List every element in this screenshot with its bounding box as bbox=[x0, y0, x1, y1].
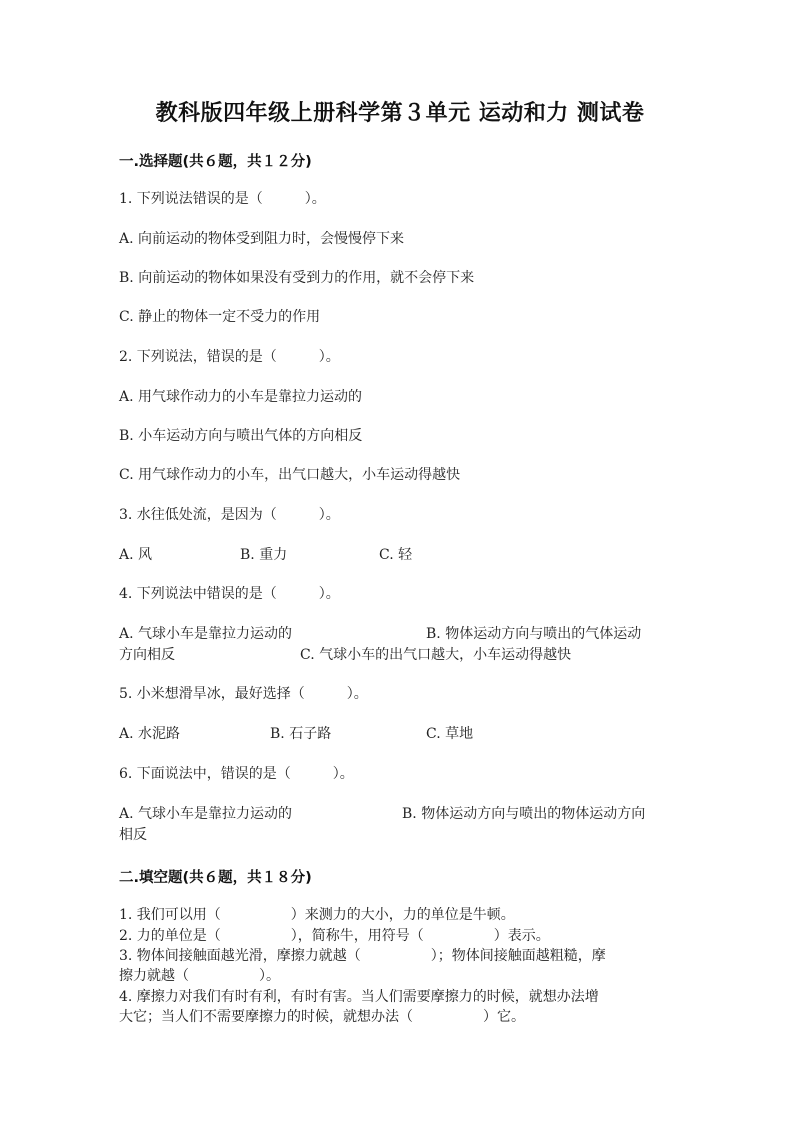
question-5-stem: 5. 小米想滑旱冰，最好选择（ ）。 bbox=[119, 684, 368, 704]
fill-question-1: 1. 我们可以用（ ）来测力的大小，力的单位是牛顿。 bbox=[119, 905, 515, 925]
question-1-stem: 1. 下列说法错误的是（ ）。 bbox=[119, 189, 326, 209]
question-4-option-b-line1: B. 物体运动方向与喷出的气体运动 bbox=[426, 624, 641, 644]
fill-question-3-line1: 3. 物体间接触面越光滑，摩擦力就越（ ）；物体间接触面越粗糙，摩 bbox=[119, 946, 606, 966]
question-4-option-c: C. 气球小车的出气口越大，小车运动得越快 bbox=[300, 645, 571, 665]
question-1-option-c: C. 静止的物体一定不受力的作用 bbox=[119, 307, 320, 327]
question-2-stem: 2. 下列说法，错误的是（ ）。 bbox=[119, 347, 340, 367]
question-6-option-b-line1: B. 物体运动方向与喷出的物体运动方向 bbox=[402, 804, 645, 824]
question-5-option-c: C. 草地 bbox=[426, 724, 473, 744]
fill-question-2: 2. 力的单位是（ ），简称牛，用符号（ ）表示。 bbox=[119, 926, 550, 946]
question-6-option-a: A. 气球小车是靠拉力运动的 bbox=[119, 804, 292, 824]
question-1-option-a: A. 向前运动的物体受到阻力时，会慢慢停下来 bbox=[119, 229, 404, 249]
question-3-option-c: C. 轻 bbox=[379, 545, 412, 565]
fill-question-4-line1: 4. 摩擦力对我们有时有利，有时有害。当人们需要摩擦力的时候，就想办法增 bbox=[119, 987, 599, 1007]
question-2-option-a: A. 用气球作动力的小车是靠拉力运动的 bbox=[119, 387, 362, 407]
question-6-option-b-line2: 相反 bbox=[119, 825, 147, 845]
question-5-option-a: A. 水泥路 bbox=[119, 724, 180, 744]
question-4-option-b-line2: 方向相反 bbox=[119, 645, 175, 665]
question-2-option-b: B. 小车运动方向与喷出气体的方向相反 bbox=[119, 426, 362, 446]
page-title: 教科版四年级上册科学第３单元 运动和力 测试卷 bbox=[0, 96, 800, 127]
question-5-option-b: B. 石子路 bbox=[270, 724, 331, 744]
question-3-option-b: B. 重力 bbox=[240, 545, 287, 565]
question-1-option-b: B. 向前运动的物体如果没有受到力的作用，就不会停下来 bbox=[119, 268, 474, 288]
fill-question-4-line2: 大它；当人们不需要摩擦力的时候，就想办法（ ）它。 bbox=[119, 1007, 525, 1027]
question-4-stem: 4. 下列说法中错误的是（ ）。 bbox=[119, 584, 340, 604]
section-heading-fill-in-blank: 二.填空题(共６题，共１８分) bbox=[119, 866, 312, 887]
question-3-option-a: A. 风 bbox=[119, 545, 152, 565]
question-6-stem: 6. 下面说法中，错误的是（ ）。 bbox=[119, 764, 354, 784]
fill-question-3-line2: 擦力就越（ ）。 bbox=[119, 966, 280, 986]
section-heading-multiple-choice: 一.选择题(共６题，共１２分) bbox=[119, 150, 312, 171]
question-2-option-c: C. 用气球作动力的小车，出气口越大，小车运动得越快 bbox=[119, 465, 460, 485]
exam-page: 教科版四年级上册科学第３单元 运动和力 测试卷 一.选择题(共６题，共１２分) … bbox=[0, 0, 800, 1131]
question-3-stem: 3. 水往低处流，是因为（ ）。 bbox=[119, 505, 340, 525]
question-4-option-a: A. 气球小车是靠拉力运动的 bbox=[119, 624, 292, 644]
